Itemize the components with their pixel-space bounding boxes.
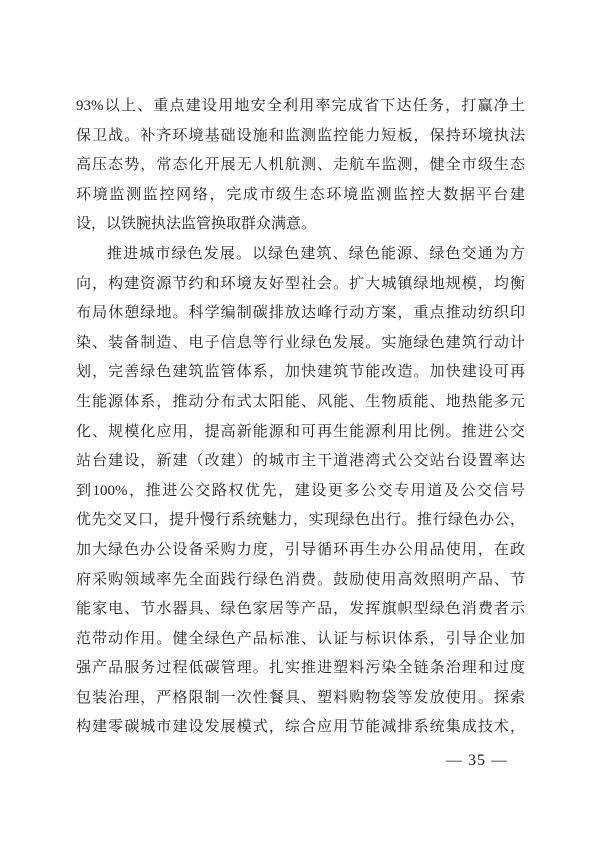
text-line: 府采购领域率先全面践行绿色消费。鼓励使用高效照明产品、节 [76,566,525,596]
text-line: 推进城市绿色发展。以绿色建筑、绿色能源、绿色交通为方 [76,240,525,270]
text-line: 生能源体系，推动分布式太阳能、风能、生物质能、地热能多元 [76,388,525,418]
text-line: 划，完善绿色建筑监管体系，加快建筑节能改造。加快建设可再 [76,358,525,388]
text-line: 染、装备制造、电子信息等行业绿色发展。实施绿色建筑行动计 [76,329,525,359]
document-page: 93%以上、重点建设用地安全利用率完成省下达任务，打赢净土保卫战。补齐环境基础设… [0,0,600,848]
text-line: 向，构建资源节约和环境友好型社会。扩大城镇绿地规模，均衡 [76,270,525,300]
text-line: 加大绿色办公设备采购力度，引导循环再生办公用品使用，在政 [76,536,525,566]
text-line: 化、规模化应用，提高新能源和可再生能源利用比例。推进公交 [76,418,525,448]
text-line: 高压态势，常态化开展无人机航测、走航车监测，健全市级生态 [76,151,525,181]
paragraph-1: 93%以上、重点建设用地安全利用率完成省下达任务，打赢净土保卫战。补齐环境基础设… [76,92,525,240]
paragraph-2: 推进城市绿色发展。以绿色建筑、绿色能源、绿色交通为方向，构建资源节约和环境友好型… [76,240,525,743]
text-line: 包装治理，严格限制一次性餐具、塑料购物袋等发放使用。探索 [76,684,525,714]
page-number: — 35 — [446,751,508,771]
text-line: 到100%，推进公交路权优先，建设更多公交专用道及公交信号 [76,477,525,507]
text-line: 93%以上、重点建设用地安全利用率完成省下达任务，打赢净土 [76,92,525,122]
text-line: 强产品服务过程低碳管理。扎实推进塑料污染全链条治理和过度 [76,654,525,684]
page-body-text: 93%以上、重点建设用地安全利用率完成省下达任务，打赢净土保卫战。补齐环境基础设… [76,92,525,743]
text-line: 范带动作用。健全绿色产品标准、认证与标识体系，引导企业加 [76,625,525,655]
text-line: 设，以铁腕执法监管换取群众满意。 [76,210,525,240]
text-line: 构建零碳城市建设发展模式，综合应用节能减排系统集成技术， [76,713,525,743]
text-line: 环境监测监控网络，完成市级生态环境监测监控大数据平台建 [76,181,525,211]
text-line: 布局休憩绿地。科学编制碳排放达峰行动方案，重点推动纺织印 [76,299,525,329]
text-line: 站台建设，新建（改建）的城市主干道港湾式公交站台设置率达 [76,447,525,477]
text-line: 保卫战。补齐环境基础设施和监测监控能力短板，保持环境执法 [76,122,525,152]
text-line: 优先交叉口，提升慢行系统魅力，实现绿色出行。推行绿色办公， [76,506,525,536]
text-line: 能家电、节水器具、绿色家居等产品，发挥旗帜型绿色消费者示 [76,595,525,625]
